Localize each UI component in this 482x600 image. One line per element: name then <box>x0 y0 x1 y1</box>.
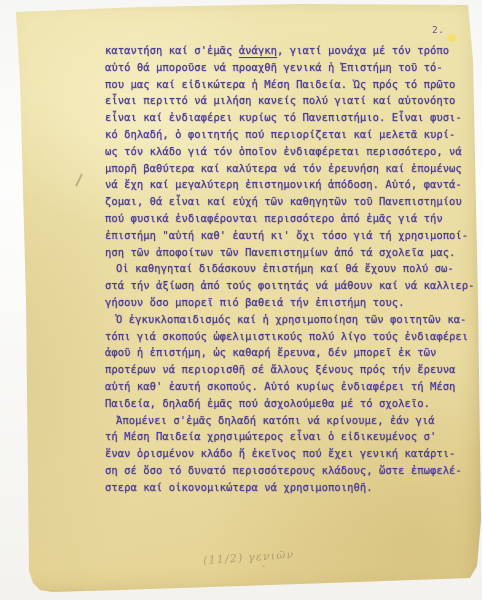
text-segment: ἐπιστήμη "αὐτή καθ' ἑαυτή κι' ὄχι τόσο γ… <box>105 230 468 242</box>
text-segment: γήσουν ὅσο μπορεῖ πιό βαθειά τήν ἐπιστήμ… <box>105 297 404 309</box>
text-segment: Ἀπομένει σ'ἐμᾶς δηλαδή κατόπι νά κρίνουμ… <box>116 415 435 427</box>
text-segment: ση σέ ὅσο τό δυνατό περισσότερους κλάδου… <box>105 465 462 477</box>
text-line: ζομαι, θά εἶναι καί εὐχή τῶν καθηγητῶν τ… <box>105 194 467 211</box>
text-segment: πού φυσικά ἐνδιαφέρονται περισσότερο ἀπό… <box>105 213 443 225</box>
text-segment: αὐτό θά μποροῦσε νά προαχθῆ γενικά ἡ Ἐπι… <box>105 62 443 74</box>
scanned-page-background: 2. καταντήση καί σ'ἐμᾶς ἀνάγκη, γιατί μο… <box>0 0 482 600</box>
text-line: Ὁ ἐγκυκλοπαιδισμός καί ἡ χρησιμοποίηση τ… <box>105 312 467 329</box>
text-line: ηση τῶν ἀποφοίτων τῶν Πανεπιστημίων ἀπό … <box>105 245 467 262</box>
text-line: μπορῆ βαθύτερα καί καλύτερα νά τόν ἐρευν… <box>105 161 467 178</box>
text-segment: εἶναι καί ἐνδιαφέρει κυρίως τό Πανεπιστή… <box>105 112 462 124</box>
text-segment: που μας καί εἰδικώτερα ἡ Μέση Παιδεία. Ὡ… <box>105 79 455 91</box>
text-segment: ἀφοῦ ἡ ἐπιστήμη, ὡς καθαρή ἔρευνα, δέν μ… <box>105 347 436 359</box>
text-line: Οἱ καθηγηταί διδάσκουν ἐπιστήμη καί θά ἔ… <box>105 261 467 278</box>
text-line: αὐτό θά μποροῦσε νά προαχθῆ γενικά ἡ Ἐπι… <box>105 60 467 77</box>
text-line: στερα καί οἰκονομικώτερα νά χρησιμοποιηθ… <box>105 480 467 497</box>
text-segment: νά ἔχη καί μεγαλύτερη ἐπιστημονική ἀπόδο… <box>105 179 462 191</box>
text-segment: στά τήν ἀξίωση ἀπό τούς φοιτητάς νά μάθο… <box>105 280 475 292</box>
text-line: αὐτή καθ' ἑαυτή σκοπούς. Αὐτό κυρίως ἐνδ… <box>105 379 467 396</box>
text-line: τή Μέση Παιδεία χρησιμώτερος εἶναι ὁ εἰδ… <box>105 429 467 446</box>
text-line: τόπι γιά σκοπούς ὠφελιμιστικούς πολύ λίγ… <box>105 329 467 346</box>
text-line: ἕναν ὁρισμένον κλάδο ἤ ἐκεῖνος πού ἔχει … <box>105 446 467 463</box>
text-segment: ζομαι, θά εἶναι καί εὐχή τῶν καθηγητῶν τ… <box>105 196 462 208</box>
underlined-word: ἀνάγκη <box>239 45 277 57</box>
page-number: 2. <box>432 25 444 36</box>
text-segment: Παιδεία, δηλαδή ἐμᾶς πού ἀσχολούμεθα μέ … <box>105 398 430 410</box>
text-segment: προτέρων νά περιορισθῆ σέ ἄλλους ξένους … <box>105 364 455 376</box>
text-segment: αὐτή καθ' ἑαυτή σκοπούς. Αὐτό κυρίως ἐνδ… <box>105 381 455 393</box>
text-line: κό δηλαδή, ὁ φοιτητής πού περιορίζεται κ… <box>105 127 467 144</box>
text-segment: , γιατί μονάχα μέ τόν τρόπο <box>277 45 449 57</box>
text-line: Ἀπομένει σ'ἐμᾶς δηλαδή κατόπι νά κρίνουμ… <box>105 413 467 430</box>
pencil-handwritten-note: (11/2) γενιῶν <box>203 548 295 567</box>
text-segment: ως τόν κλάδο γιά τόν ὁποῖον ἐνδιαφέρεται… <box>105 146 462 158</box>
text-line: στά τήν ἀξίωση ἀπό τούς φοιτητάς νά μάθο… <box>105 278 467 295</box>
text-segment: τή Μέση Παιδεία χρησιμώτερος εἶναι ὁ εἰδ… <box>105 431 436 443</box>
text-line: Παιδεία, δηλαδή ἐμᾶς πού ἀσχολούμεθα μέ … <box>105 396 467 413</box>
text-segment: ηση τῶν ἀποφοίτων τῶν Πανεπιστημίων ἀπό … <box>105 247 455 259</box>
text-line: που μας καί εἰδικώτερα ἡ Μέση Παιδεία. Ὡ… <box>105 77 467 94</box>
text-segment: κό δηλαδή, ὁ φοιτητής πού περιορίζεται κ… <box>105 129 455 141</box>
text-segment: στερα καί οἰκονομικώτερα νά χρησιμοποιηθ… <box>105 482 373 494</box>
paper-sheet: 2. καταντήση καί σ'ἐμᾶς ἀνάγκη, γιατί μο… <box>0 0 482 600</box>
text-line: πού φυσικά ἐνδιαφέρονται περισσότερο ἀπό… <box>105 211 467 228</box>
text-line: ἀφοῦ ἡ ἐπιστήμη, ὡς καθαρή ἔρευνα, δέν μ… <box>105 345 467 362</box>
paper-speck <box>262 565 265 567</box>
text-segment: Ὁ ἐγκυκλοπαιδισμός καί ἡ χρησιμοποίηση τ… <box>116 314 466 326</box>
text-line: καταντήση καί σ'ἐμᾶς ἀνάγκη, γιατί μονάχ… <box>105 43 467 60</box>
text-line: ως τόν κλάδο γιά τόν ὁποῖον ἐνδιαφέρεται… <box>105 144 467 161</box>
text-segment: καταντήση καί σ'ἐμᾶς <box>105 45 239 57</box>
text-line: προτέρων νά περιορισθῆ σέ ἄλλους ξένους … <box>105 362 467 379</box>
text-segment: ἕναν ὁρισμένον κλάδο ἤ ἐκεῖνος πού ἔχει … <box>105 448 455 460</box>
text-line: νά ἔχη καί μεγαλύτερη ἐπιστημονική ἀπόδο… <box>105 177 467 194</box>
typewritten-text-block: καταντήση καί σ'ἐμᾶς ἀνάγκη, γιατί μονάχ… <box>105 43 467 497</box>
text-segment: Οἱ καθηγηταί διδάσκουν ἐπιστήμη καί θά ἔ… <box>116 263 454 275</box>
text-line: εἶναι περιττό νά μιλήση κανείς πολύ γιατ… <box>105 93 467 110</box>
text-segment: εἶναι περιττό νά μιλήση κανείς πολύ γιατ… <box>105 95 455 107</box>
text-line: ἐπιστήμη "αὐτή καθ' ἑαυτή κι' ὄχι τόσο γ… <box>105 228 467 245</box>
pencil-margin-check-mark <box>75 173 83 186</box>
text-line: εἶναι καί ἐνδιαφέρει κυρίως τό Πανεπιστή… <box>105 110 467 127</box>
text-segment: μπορῆ βαθύτερα καί καλύτερα νά τόν ἐρευν… <box>105 163 462 175</box>
text-line: ση σέ ὅσο τό δυνατό περισσότερους κλάδου… <box>105 463 467 480</box>
text-line: γήσουν ὅσο μπορεῖ πιό βαθειά τήν ἐπιστήμ… <box>105 295 467 312</box>
text-segment: τόπι γιά σκοπούς ὠφελιμιστικούς πολύ λίγ… <box>105 331 468 343</box>
